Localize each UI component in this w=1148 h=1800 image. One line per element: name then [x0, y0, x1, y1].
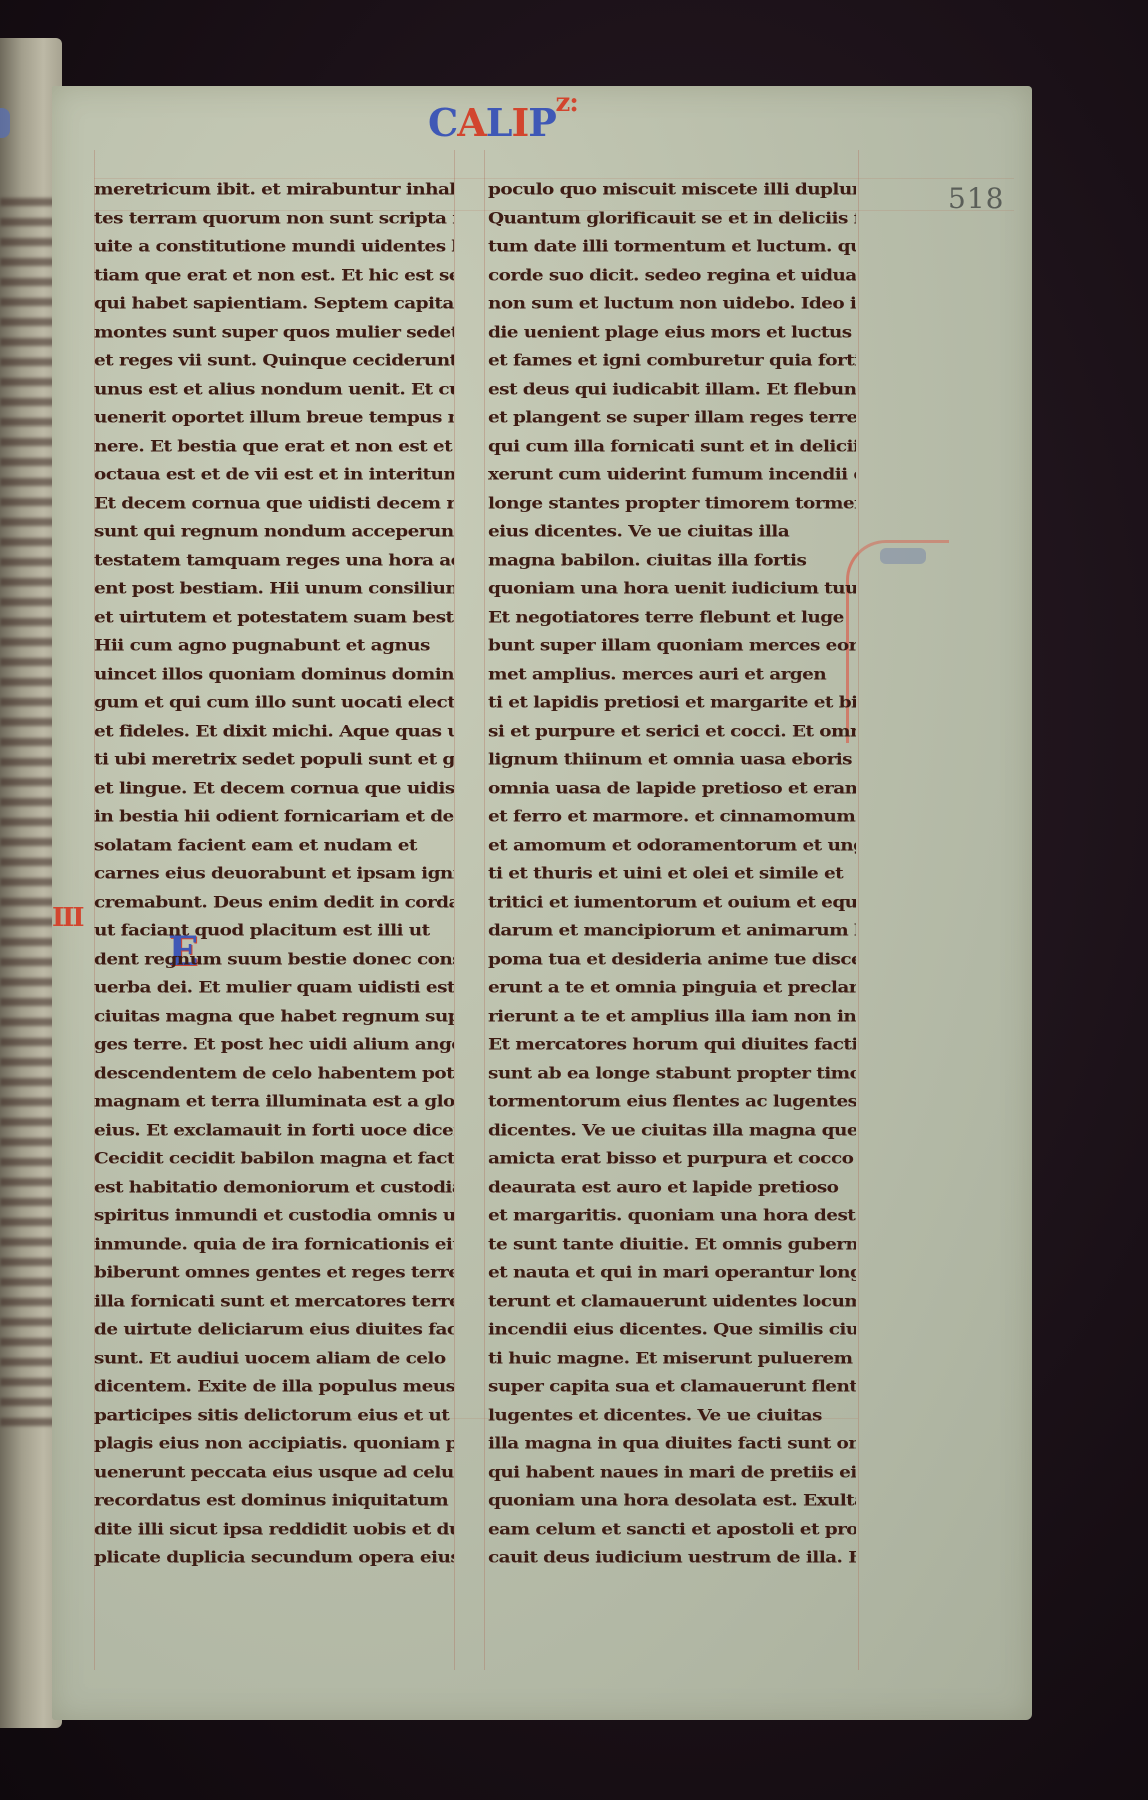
- text-line: erunt a te et omnia pinguia et preclara …: [488, 976, 856, 1001]
- facing-page-blue-initial: [0, 108, 10, 138]
- text-line: est deus qui iudicabit illam. Et flebunt: [488, 377, 856, 402]
- text-line: xerunt cum uiderint fumum incendii eius: [488, 463, 856, 488]
- running-head-letter: P: [528, 100, 556, 145]
- text-line: ti ubi meretrix sedet populi sunt et gen…: [94, 748, 454, 773]
- text-line: tes terram quorum non sunt scripta nomin…: [94, 206, 454, 231]
- text-line: met amplius. merces auri et argen: [488, 662, 856, 687]
- text-line: lignum thiinum et omnia uasa eboris et: [488, 748, 856, 773]
- text-line: qui habet sapientiam. Septem capita sept…: [94, 292, 454, 317]
- text-line: et ferro et marmore. et cinnamomum: [488, 805, 856, 830]
- text-line: darum et mancipiorum et animarum hominum…: [488, 919, 856, 944]
- text-line: uenerunt peccata eius usque ad celum et: [94, 1460, 454, 1485]
- text-line: Quantum glorificauit se et in deliciis f…: [488, 206, 856, 231]
- text-line: rierunt a te et amplius illa iam non inu…: [488, 1004, 856, 1029]
- text-line: tum date illi tormentum et luctum. quia …: [488, 235, 856, 260]
- ruling-line: [858, 150, 859, 1670]
- running-head-letter: I: [511, 100, 528, 145]
- text-line: dite illi sicut ipsa reddidit uobis et d…: [94, 1517, 454, 1542]
- text-line: longe stantes propter timorem tormentoru…: [488, 491, 856, 516]
- text-column-right: poculo quo miscuit miscete illi duplum.Q…: [488, 176, 856, 1573]
- text-line: uite a constitutione mundi uidentes bes: [94, 235, 454, 260]
- text-line: ges terre. Et post hec uidi alium angelu…: [94, 1033, 454, 1058]
- running-head-letter: C: [428, 100, 457, 145]
- red-flourish-decoration: [846, 540, 949, 743]
- text-line: et plangent se super illam reges terre.: [488, 406, 856, 431]
- text-line: et margaritis. quoniam una hora destitu: [488, 1204, 856, 1229]
- text-line: eius dicentes. Ve ue ciuitas illa: [488, 520, 856, 545]
- text-line: et nauta et qui in mari operantur longe …: [488, 1261, 856, 1286]
- text-line: lugentes et dicentes. Ve ue ciuitas: [488, 1403, 856, 1428]
- text-line: bunt super illam quoniam merces eorum ne…: [488, 634, 856, 659]
- text-line: uincet illos quoniam dominus dominorum e…: [94, 662, 454, 687]
- text-line: cauit deus iudicium uestrum de illa. Et …: [488, 1546, 856, 1571]
- text-line: incendii eius dicentes. Que similis ciui…: [488, 1318, 856, 1343]
- ruling-line: [484, 150, 485, 1670]
- text-line: nere. Et bestia que erat et non est et i…: [94, 434, 454, 459]
- ruling-line: [454, 150, 455, 1670]
- text-line: quoniam una hora desolata est. Exulta su…: [488, 1489, 856, 1514]
- facing-page-text-blur: [0, 198, 58, 1428]
- text-line: ent post bestiam. Hii unum consilium hab…: [94, 577, 454, 602]
- text-line: ti huic magne. Et miserunt puluerem: [488, 1346, 856, 1371]
- text-line: biberunt omnes gentes et reges terre cum: [94, 1261, 454, 1286]
- text-line: tritici et iumentorum et ouium et equoru…: [488, 890, 856, 915]
- text-line: et fames et igni comburetur quia fortis: [488, 349, 856, 374]
- text-line: poma tua et desideria anime tue discess: [488, 947, 856, 972]
- text-line: dicentem. Exite de illa populus meus et …: [94, 1375, 454, 1400]
- text-line: uerba dei. Et mulier quam uidisti est: [94, 976, 454, 1001]
- text-line: octaua est et de vii est et in interitum…: [94, 463, 454, 488]
- text-line: et lingue. Et decem cornua que uidisti: [94, 776, 454, 801]
- text-line: descendentem de celo habentem potestatem: [94, 1061, 454, 1086]
- text-line: et fideles. Et dixit michi. Aque quas ui…: [94, 719, 454, 744]
- text-line: montes sunt super quos mulier sedet: [94, 320, 454, 345]
- chapter-number: z:: [555, 88, 577, 118]
- text-line: eius. Et exclamauit in forti uoce dicens…: [94, 1118, 454, 1143]
- blue-flourish-decoration: [880, 548, 926, 564]
- text-line: te sunt tante diuitie. Et omnis gubernat…: [488, 1232, 856, 1257]
- text-line: est habitatio demoniorum et custodia omn…: [94, 1175, 454, 1200]
- text-line: dicentes. Ve ue ciuitas illa magna que: [488, 1118, 856, 1143]
- text-line: Hii cum agno pugnabunt et agnus: [94, 634, 454, 659]
- text-line: inmunde. quia de ira fornicationis eius: [94, 1232, 454, 1257]
- text-line: ciuitas magna que habet regnum super re: [94, 1004, 454, 1029]
- text-line: super capita sua et clamauerunt flentes …: [488, 1375, 856, 1400]
- text-line: omnia uasa de lapide pretioso et erament…: [488, 776, 856, 801]
- text-line: plagis eius non accipiatis. quoniam per: [94, 1432, 454, 1457]
- text-line: carnes eius deuorabunt et ipsam igni con: [94, 862, 454, 887]
- text-line: Et decem cornua que uidisti decem reges: [94, 491, 454, 516]
- text-line: uenerit oportet illum breue tempus ma: [94, 406, 454, 431]
- text-line: terunt et clamauerunt uidentes locum: [488, 1289, 856, 1314]
- text-line: magna babilon. ciuitas illa fortis: [488, 548, 856, 573]
- text-line: illa magna in qua diuites facti sunt omn…: [488, 1432, 856, 1457]
- text-line: solatam facient eam et nudam et: [94, 833, 454, 858]
- text-line: sunt. Et audiui uocem aliam de celo: [94, 1346, 454, 1371]
- text-line: ti et thuris et uini et olei et simile e…: [488, 862, 856, 887]
- text-line: cremabunt. Deus enim dedit in corda eoru…: [94, 890, 454, 915]
- text-line: dent regnum suum bestie donec consumentu…: [94, 947, 454, 972]
- text-line: et uirtutem et potestatem suam bestie tr…: [94, 605, 454, 630]
- text-line: magnam et terra illuminata est a gloria: [94, 1090, 454, 1115]
- text-line: et amomum et odoramentorum et unguen: [488, 833, 856, 858]
- section-marker: III: [52, 903, 83, 933]
- text-line: qui habent naues in mari de pretiis eius: [488, 1460, 856, 1485]
- text-line: participes sitis delictorum eius et ut d…: [94, 1403, 454, 1428]
- text-line: sunt ab ea longe stabunt propter timorem: [488, 1061, 856, 1086]
- text-line: recordatus est dominus iniquitatum eius.…: [94, 1489, 454, 1514]
- text-line: meretricum ibit. et mirabuntur inhabitan: [94, 178, 454, 203]
- text-line: quoniam una hora uenit iudicium tuum.: [488, 577, 856, 602]
- text-line: non sum et luctum non uidebo. Ideo in un…: [488, 292, 856, 317]
- text-line: Et negotiatores terre flebunt et luge: [488, 605, 856, 630]
- text-line: deaurata est auro et lapide pretioso: [488, 1175, 856, 1200]
- text-column-left: meretricum ibit. et mirabuntur inhabitan…: [94, 176, 454, 1573]
- text-line: testatem tamquam reges una hora accipi: [94, 548, 454, 573]
- text-line: in bestia hii odient fornicariam et de: [94, 805, 454, 830]
- text-line: de uirtute deliciarum eius diuites facti: [94, 1318, 454, 1343]
- text-line: plicate duplicia secundum opera eius. In: [94, 1546, 454, 1571]
- running-head-letter: A: [457, 100, 485, 145]
- folio-number: 518: [948, 182, 1004, 215]
- running-head-letter: L: [486, 100, 512, 145]
- text-line: si et purpure et serici et cocci. Et omn…: [488, 719, 856, 744]
- running-head: CALIP z:: [428, 100, 556, 145]
- text-line: gum et qui cum illo sunt uocati electi: [94, 691, 454, 716]
- text-line: et reges vii sunt. Quinque ceciderunt. u…: [94, 349, 454, 374]
- text-line: ut faciant quod placitum est illi ut: [94, 919, 454, 944]
- text-line: unus est et alius nondum uenit. Et cum: [94, 377, 454, 402]
- text-line: tiam que erat et non est. Et hic est sen…: [94, 263, 454, 288]
- text-line: spiritus inmundi et custodia omnis uoluc…: [94, 1204, 454, 1229]
- text-line: illa fornicati sunt et mercatores terre: [94, 1289, 454, 1314]
- text-line: eam celum et sancti et apostoli et proph…: [488, 1517, 856, 1542]
- text-line: qui cum illa fornicati sunt et in delici…: [488, 434, 856, 459]
- text-line: ti et lapidis pretiosi et margarite et b…: [488, 691, 856, 716]
- text-line: amicta erat bisso et purpura et cocco et: [488, 1147, 856, 1172]
- text-line: tormentorum eius flentes ac lugentes et: [488, 1090, 856, 1115]
- text-line: Et mercatores horum qui diuites facti: [488, 1033, 856, 1058]
- text-line: die uenient plage eius mors et luctus: [488, 320, 856, 345]
- text-line: Cecidit cecidit babilon magna et facta: [94, 1147, 454, 1172]
- text-line: poculo quo miscuit miscete illi duplum.: [488, 178, 856, 203]
- text-line: corde suo dicit. sedeo regina et uidua: [488, 263, 856, 288]
- text-line: sunt qui regnum nondum acceperunt sed po: [94, 520, 454, 545]
